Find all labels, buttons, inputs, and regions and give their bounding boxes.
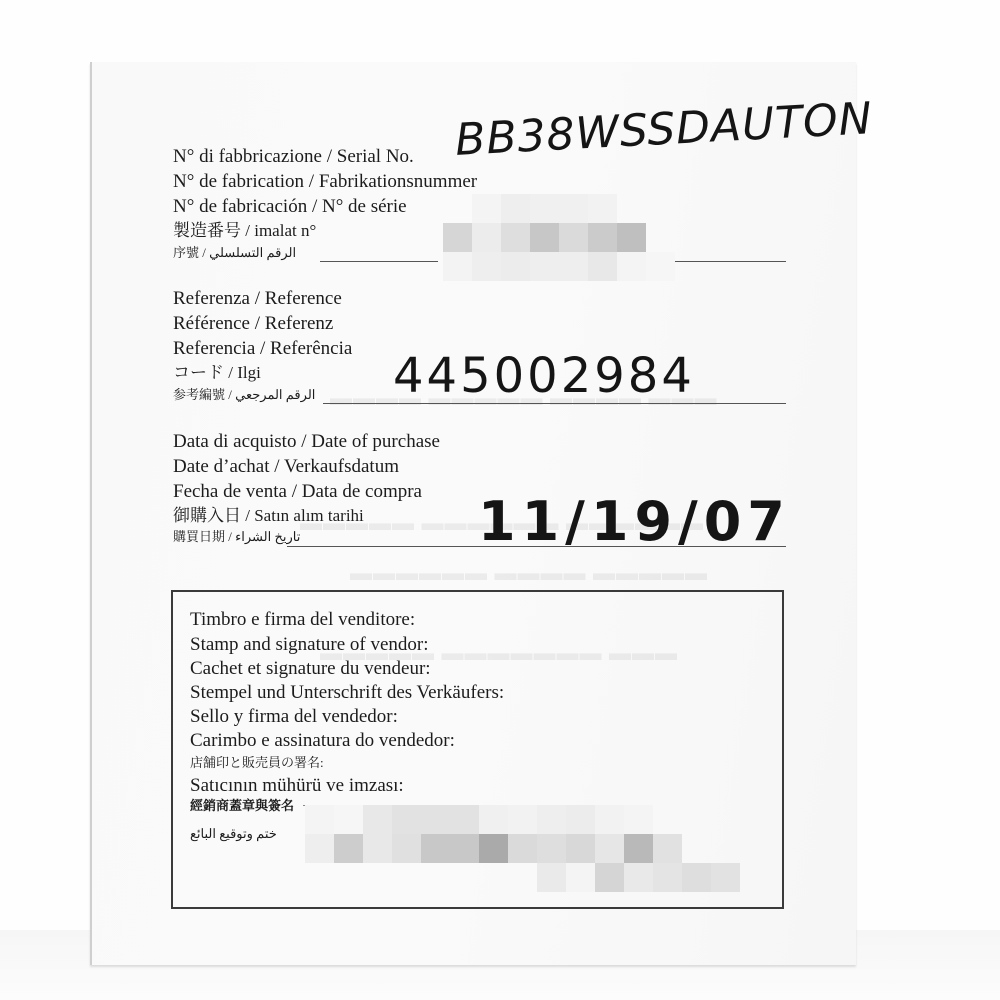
redaction-pixel bbox=[653, 834, 682, 863]
redaction-pixel bbox=[624, 805, 653, 834]
redaction-pixel bbox=[617, 252, 646, 281]
redaction-pixel bbox=[450, 834, 479, 863]
redaction-pixel bbox=[537, 863, 566, 892]
redaction-pixel bbox=[624, 834, 653, 863]
redaction-pixel bbox=[559, 194, 588, 223]
redaction-pixel bbox=[363, 805, 392, 834]
vendor-label-zh: 經銷商蓋章與簽名 bbox=[190, 797, 294, 815]
redaction-pixel bbox=[479, 834, 508, 863]
reference-label-it-en: Referenza / Reference bbox=[173, 287, 342, 311]
redaction-pixel bbox=[479, 805, 508, 834]
redaction-pixel bbox=[334, 834, 363, 863]
reference-handwritten-value: 445002984 bbox=[393, 348, 695, 404]
date-label-zh-ar: 購買日期 / تاريخ الشراء bbox=[173, 528, 300, 546]
redaction-pixel bbox=[501, 252, 530, 281]
redaction-pixel bbox=[305, 805, 334, 834]
redaction-pixel bbox=[559, 223, 588, 252]
vendor-label-it: Timbro e firma del venditore: bbox=[190, 608, 415, 632]
redaction-pixel bbox=[588, 194, 617, 223]
bleed-through-text: ▬▬▬▬▬▬ ▬▬▬▬ ▬▬▬▬▬ bbox=[350, 560, 708, 586]
redaction-pixel bbox=[443, 223, 472, 252]
vendor-label-en: Stamp and signature of vendor: bbox=[190, 633, 429, 657]
redaction-pixel bbox=[530, 252, 559, 281]
redaction-pixel bbox=[595, 863, 624, 892]
vendor-label-tr: Satıcının mühürü ve imzası: bbox=[190, 774, 404, 798]
redaction-pixel bbox=[305, 834, 334, 863]
redaction-pixel bbox=[653, 863, 682, 892]
serial-label-ja-tr: 製造番号 / imalat n° bbox=[173, 219, 316, 243]
date-handwritten-value: 11/19/07 bbox=[478, 490, 791, 553]
date-label-fr-de: Date d’achat / Verkaufsdatum bbox=[173, 455, 399, 479]
redaction-pixel bbox=[566, 834, 595, 863]
vendor-label-fr: Cachet et signature du vendeur: bbox=[190, 657, 431, 681]
redaction-pixel bbox=[421, 834, 450, 863]
redaction-pixel bbox=[508, 805, 537, 834]
redaction-pixel bbox=[588, 252, 617, 281]
reference-label-fr-de: Référence / Referenz bbox=[173, 312, 333, 336]
redaction-pixel bbox=[588, 223, 617, 252]
redaction-pixel bbox=[501, 194, 530, 223]
vendor-label-ja: 店舗印と販売員の署名: bbox=[190, 754, 324, 772]
date-label-ja-tr: 御購入日 / Satın alım tarihi bbox=[173, 504, 364, 528]
serial-underline-right bbox=[670, 261, 786, 262]
redaction-pixel bbox=[472, 194, 501, 223]
vendor-label-es: Sello y firma del vendedor: bbox=[190, 705, 398, 729]
reference-label-zh-ar: 参考編號 / الرقم المرجعي bbox=[173, 386, 315, 404]
redaction-pixel bbox=[443, 252, 472, 281]
serial-label-fr-de: N° de fabrication / Fabrikationsnummer bbox=[173, 170, 477, 194]
reference-label-es-pt: Referencia / Referência bbox=[173, 337, 352, 361]
redaction-pixel bbox=[537, 805, 566, 834]
redaction-pixel bbox=[566, 805, 595, 834]
redaction-pixel bbox=[646, 252, 675, 281]
vendor-label-pt: Carimbo e assinatura do vendedor: bbox=[190, 729, 455, 753]
redaction-pixel bbox=[711, 863, 740, 892]
reference-label-ja-tr: コード / Ilgi bbox=[173, 361, 261, 385]
redaction-pixel bbox=[617, 223, 646, 252]
serial-label-zh-ar: 序號 / الرقم التسلسلي bbox=[173, 244, 296, 262]
vendor-label-de: Stempel und Unterschrift des Verkäufers: bbox=[190, 681, 504, 705]
redaction-pixel bbox=[530, 194, 559, 223]
redaction-pixel bbox=[334, 805, 363, 834]
date-label-it-en: Data di acquisto / Date of purchase bbox=[173, 430, 440, 454]
redaction-pixel bbox=[537, 834, 566, 863]
serial-underline-left bbox=[320, 261, 438, 262]
serial-label-it-en: N° di fabbricazione / Serial No. bbox=[173, 145, 414, 169]
redaction-pixel bbox=[595, 834, 624, 863]
redaction-pixel bbox=[472, 252, 501, 281]
serial-label-es-pt: N° de fabricación / N° de série bbox=[173, 195, 407, 219]
redaction-pixel bbox=[508, 834, 537, 863]
redaction-pixel bbox=[566, 863, 595, 892]
redaction-pixel bbox=[559, 252, 588, 281]
redaction-pixel bbox=[392, 805, 421, 834]
redaction-pixel bbox=[501, 223, 530, 252]
redaction-pixel bbox=[472, 223, 501, 252]
date-label-es-pt: Fecha de venta / Data de compra bbox=[173, 480, 422, 504]
redaction-pixel bbox=[624, 863, 653, 892]
redaction-pixel bbox=[363, 834, 392, 863]
redaction-pixel bbox=[682, 863, 711, 892]
vendor-label-ar: ختم وتوقيع البائع bbox=[190, 825, 277, 843]
redaction-pixel bbox=[421, 805, 450, 834]
redaction-pixel bbox=[392, 834, 421, 863]
redaction-pixel bbox=[450, 805, 479, 834]
redaction-pixel bbox=[595, 805, 624, 834]
redaction-pixel bbox=[530, 223, 559, 252]
